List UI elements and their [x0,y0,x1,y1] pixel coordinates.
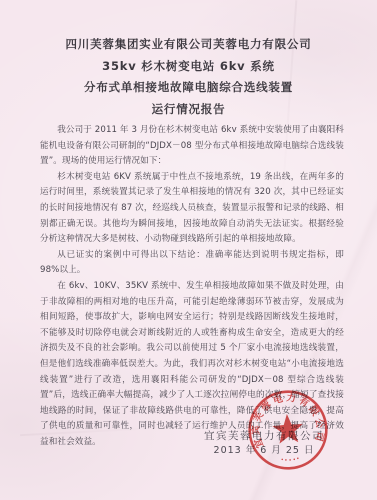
device-title: 分布式单相接地故障电脑综合选线装置 [0,81,377,93]
company-title: 四川芙蓉集团实业有限公司芙蓉电力有限公司 [0,38,377,50]
report-type-title: 运行情况报告 [0,103,377,115]
report-title-block: 四川芙蓉集团实业有限公司芙蓉电力有限公司 35kv 杉木树变电站 6kv 系统 … [0,0,377,115]
paragraph-operation-record: 杉木树变电站 6KV 系统属于中性点不接地系统，19 条出线，在两年多的运行时间… [40,170,344,248]
paragraph-intro: 我公司于 2011 年 3 月份在杉木树变电站 6kv 系统中安装使用了由襄阳科… [40,123,344,170]
company-seal: 宜宾芙蓉电力有限公司 [243,385,333,475]
scanned-report-page: 四川芙蓉集团实业有限公司芙蓉电力有限公司 35kv 杉木树变电站 6kv 系统 … [0,0,377,500]
seal-star-icon [272,413,304,444]
substation-title: 35kv 杉木树变电站 6kv 系统 [0,60,377,72]
seal-serial-marks [281,457,298,461]
paragraph-conclusion: 从已证实的案例中可得出以下结论：准确率能达到说明书规定指标，即 98%以上。 [40,248,344,279]
